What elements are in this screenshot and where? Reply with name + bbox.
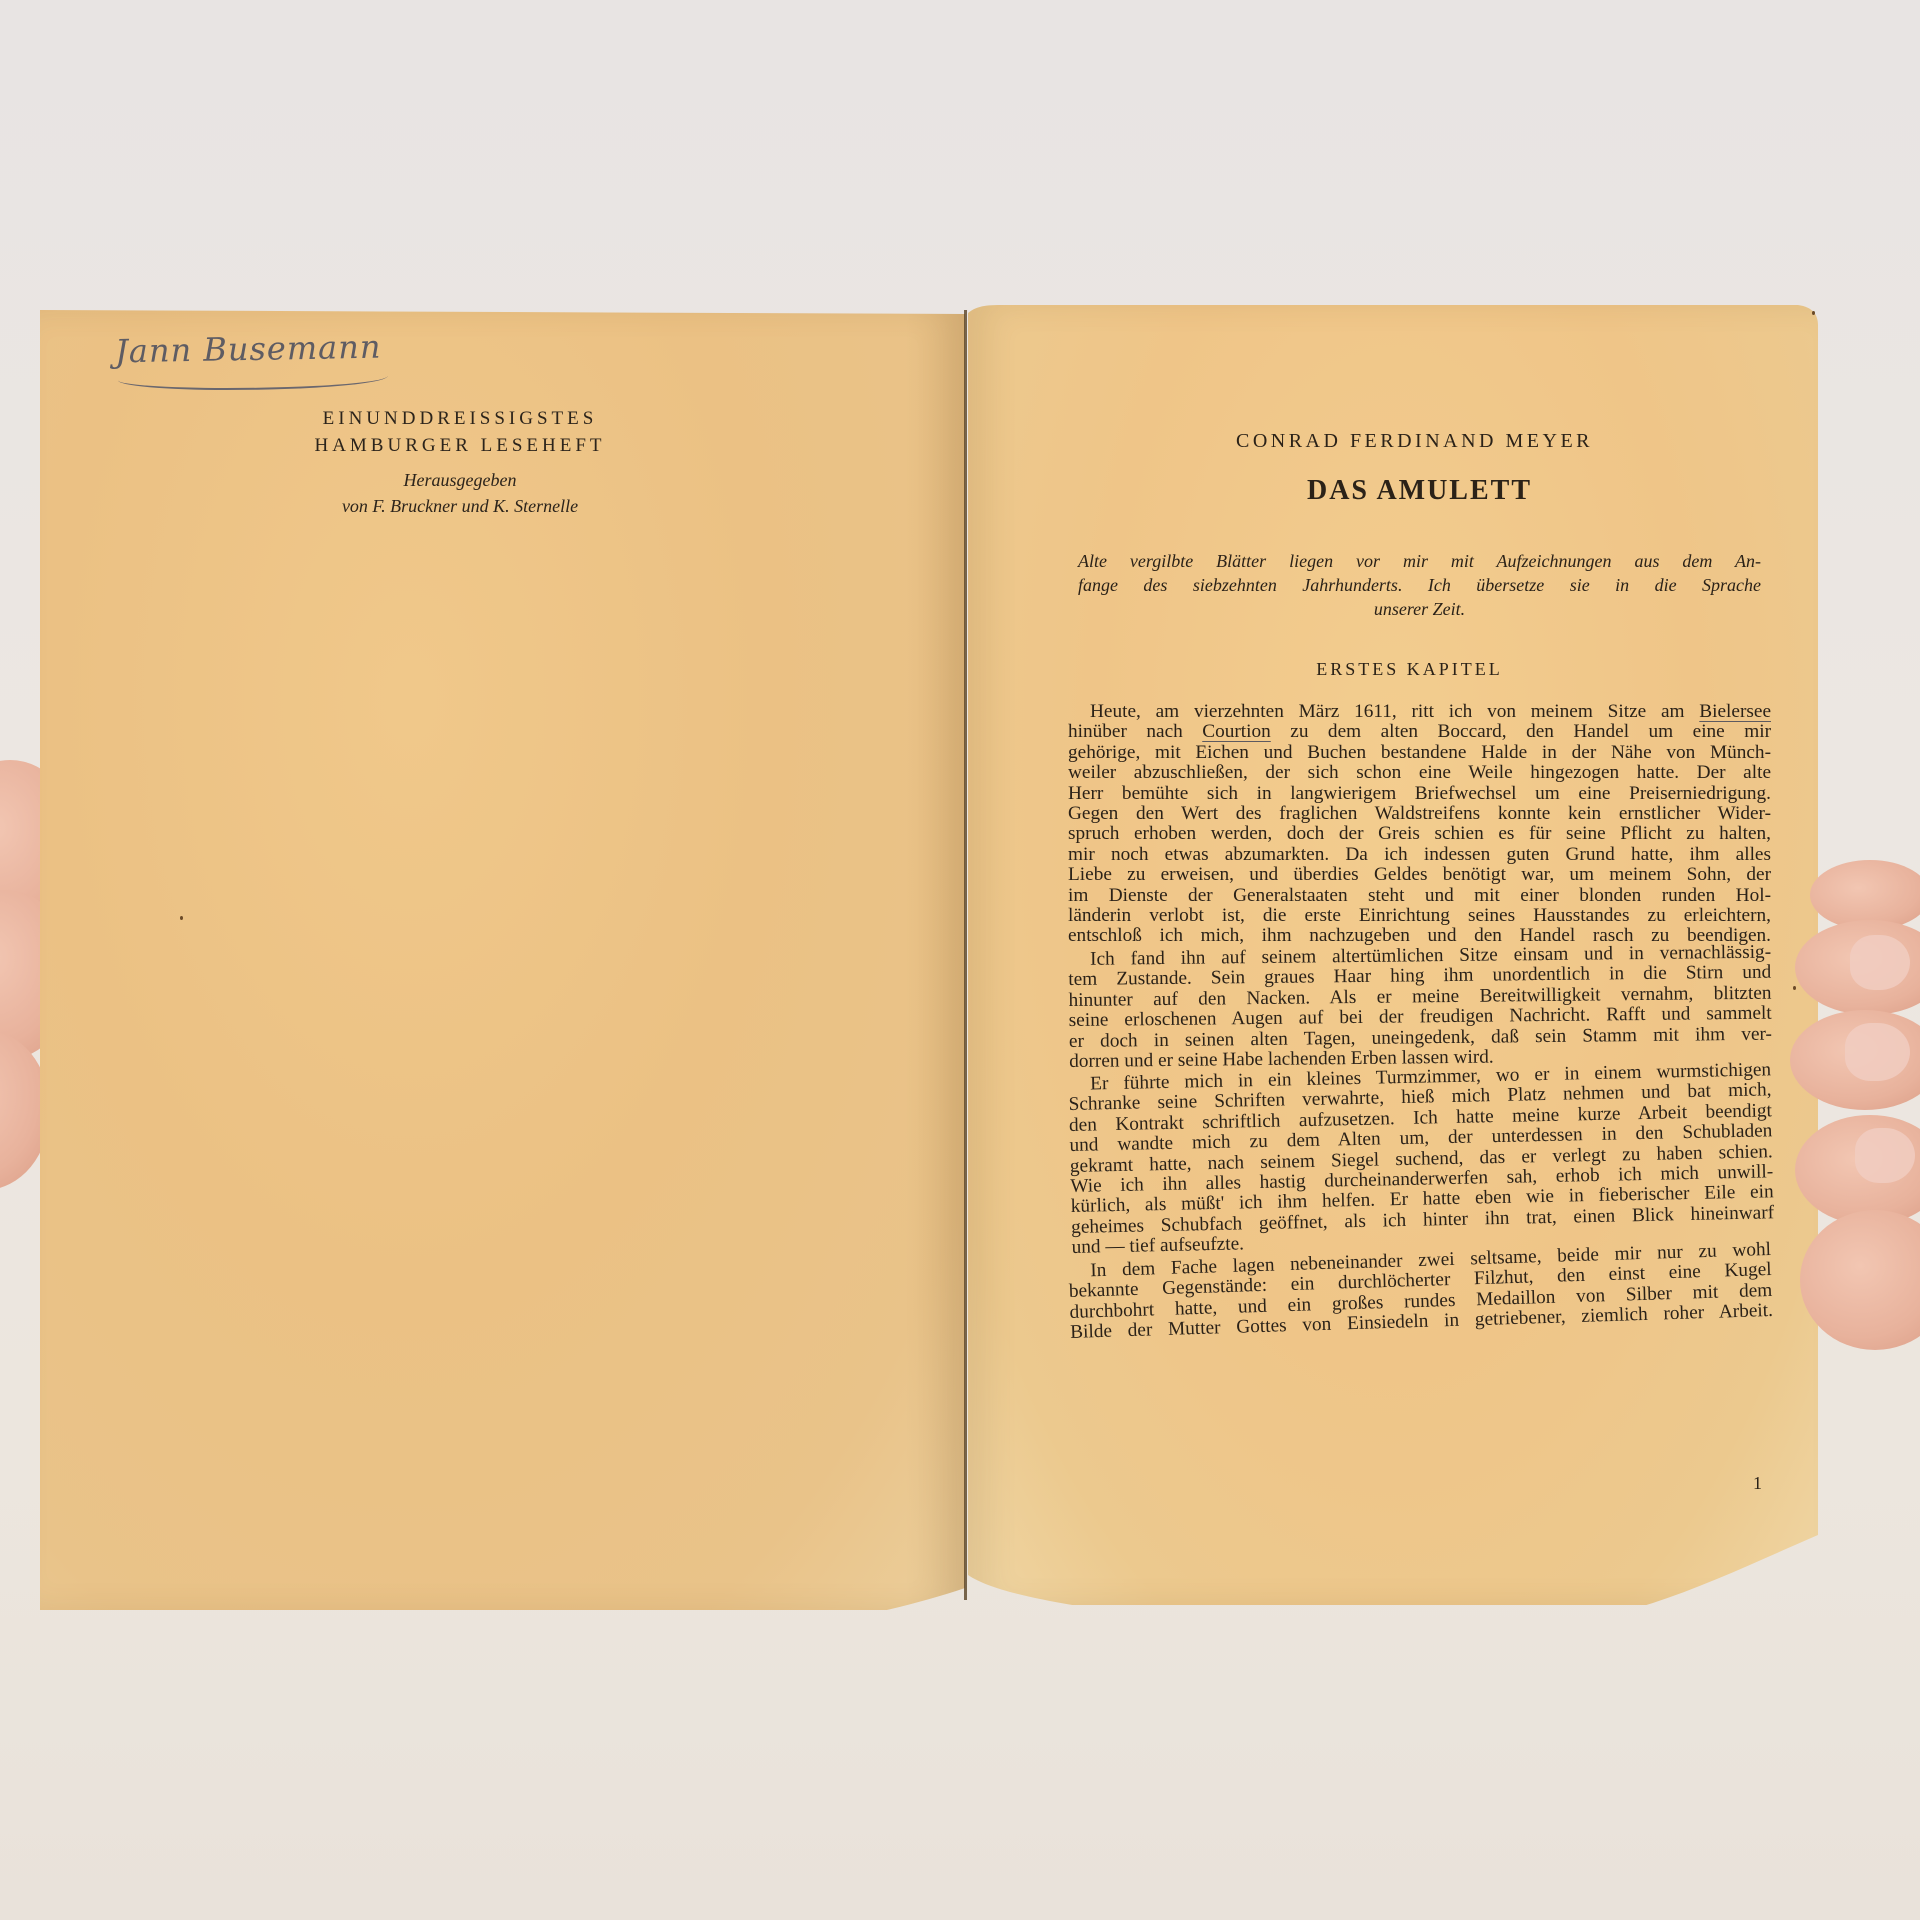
handwritten-signature: Jann Busemann xyxy=(115,328,382,371)
preface: Alte vergilbte Blätter liegen vor mir mi… xyxy=(1068,549,1771,621)
underlined-word: Courtion xyxy=(1202,721,1271,742)
author-name: CONRAD FERDINAND MEYER xyxy=(1058,430,1771,453)
page-number: 1 xyxy=(1753,1473,1762,1494)
text-line: Herr bemühte sich in langwierigem Briefw… xyxy=(1068,784,1771,804)
text-line: länderin verlobt ist, die erste Einricht… xyxy=(1068,906,1771,926)
text-line: mir noch etwas abzumarkten. Da ich indes… xyxy=(1068,845,1771,865)
story-title: DAS AMULETT xyxy=(1068,475,1771,507)
booklet-spine xyxy=(964,310,967,1600)
text-line: gehörige, mit Eichen und Buchen bestande… xyxy=(1068,743,1771,763)
text-line: Gegen den Wert des fraglichen Waldstreif… xyxy=(1068,804,1771,824)
editors: von F. Bruckner und K. Sternelle xyxy=(270,493,650,519)
preface-line: Alte vergilbte Blätter liegen vor mir mi… xyxy=(1078,549,1761,573)
editor-label: Herausgegeben xyxy=(270,467,650,493)
photo-scene: Jann Busemann EINUNDDREISSIGSTES HAMBURG… xyxy=(0,0,1920,1920)
story-page: CONRAD FERDINAND MEYER DAS AMULETT Alte … xyxy=(1068,430,1771,1347)
paragraph-1: Heute, am vierzehnten März 1611, ritt ic… xyxy=(1068,702,1771,947)
text-line: spruch erhoben werden, doch der Greis sc… xyxy=(1068,824,1771,844)
series-title-line2: HAMBURGER LESEHEFT xyxy=(270,432,650,459)
chapter-heading: ERSTES KAPITEL xyxy=(1048,659,1771,680)
body-text: Heute, am vierzehnten März 1611, ritt ic… xyxy=(1068,702,1771,1344)
paper-speck xyxy=(180,916,183,920)
text-line: weiler abzuschließen, der sich schon ein… xyxy=(1068,763,1771,783)
series-title-line1: EINUNDDREISSIGSTES xyxy=(270,405,650,432)
series-info: EINUNDDREISSIGSTES HAMBURGER LESEHEFT He… xyxy=(270,405,650,519)
preface-line: unserer Zeit. xyxy=(1078,597,1761,621)
text-line: hinüber nach Courtion zu dem alten Bocca… xyxy=(1068,722,1771,742)
text-line: im Dienste der Generalstaaten steht und … xyxy=(1068,886,1771,906)
right-hand xyxy=(1820,860,1920,1340)
paragraph-2: Ich fand ihn auf seinem altertümlichen S… xyxy=(1068,943,1772,1073)
text-line: Liebe zu erweisen, und überdies Geldes b… xyxy=(1068,865,1771,885)
preface-line: fange des siebzehnten Jahrhunderts. Ich … xyxy=(1078,573,1761,597)
paper-speck xyxy=(1793,986,1796,990)
paper-speck xyxy=(1812,311,1815,315)
text-line: Heute, am vierzehnten März 1611, ritt ic… xyxy=(1068,702,1771,722)
paragraph-3: Er führte mich in ein kleines Turmzimmer… xyxy=(1068,1061,1775,1259)
underlined-word: Bielersee xyxy=(1699,701,1771,722)
